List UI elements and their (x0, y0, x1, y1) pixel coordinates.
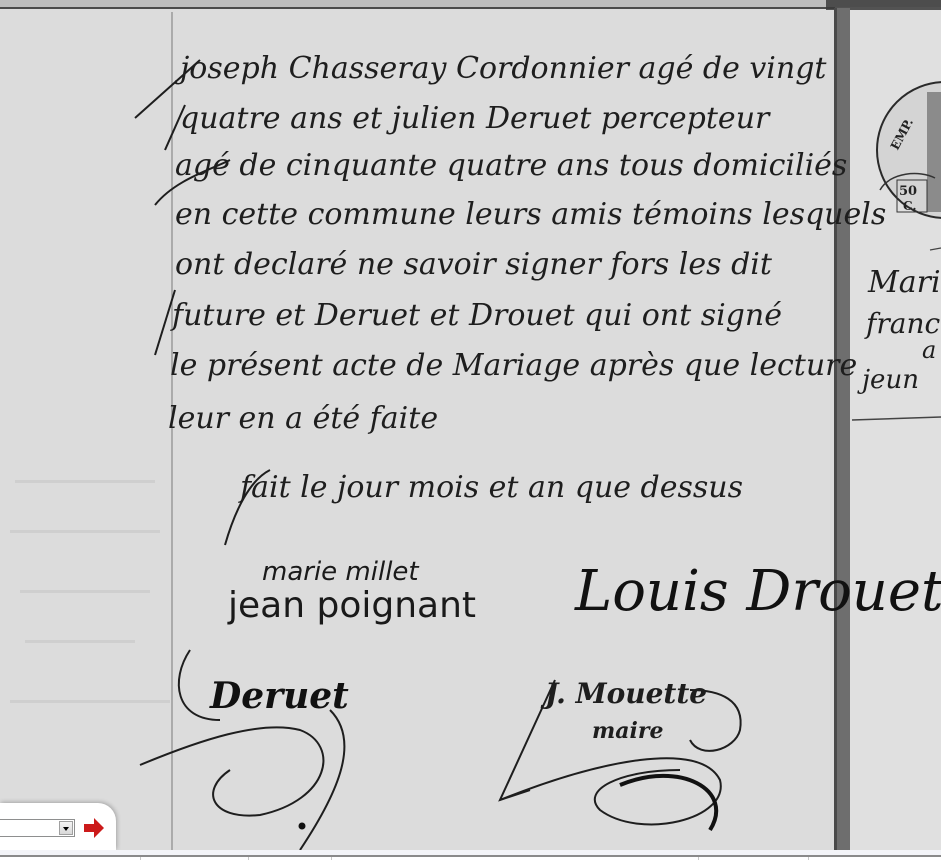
signature-deruet: Deruet (209, 675, 349, 717)
mayor-title: maire (592, 718, 663, 744)
text-line-4: en cette commune leurs amis témoins lesq… (175, 197, 886, 232)
stamp-unit: C. (903, 199, 917, 213)
right-fragment-4: jeun (857, 365, 919, 395)
scanned-register-page: joseph Chasseray Cordonnier agé de vingt… (0, 0, 941, 850)
signature-jean-poignant: jean poignant (227, 585, 476, 626)
status-bar (0, 850, 941, 860)
page-navigation-panel (0, 803, 116, 850)
text-line-6: future et Deruet et Drouet qui ont signé (170, 298, 782, 333)
go-button[interactable] (83, 817, 105, 839)
right-fragment-3: a (922, 336, 936, 364)
document-image-viewer[interactable]: joseph Chasseray Cordonnier agé de vingt… (0, 0, 941, 850)
arrow-right-icon (83, 817, 105, 839)
signature-mayor: J. Mouette (540, 677, 707, 710)
signature-louis-drouet: Louis Drouet (574, 559, 941, 624)
right-fragment-1: Mari (867, 265, 941, 300)
page-select-dropdown[interactable] (0, 819, 75, 837)
text-line-5: ont declaré ne savoir signer fors les di… (175, 247, 773, 282)
signature-marie-millet: marie millet (262, 557, 419, 587)
text-line-9: fait le jour mois et an que dessus (238, 470, 743, 505)
text-line-2: quatre ans et julien Deruet percepteur (180, 101, 771, 136)
text-line-7: le présent acte de Mariage après que lec… (170, 348, 857, 383)
text-line-1: joseph Chasseray Cordonnier agé de vingt (174, 51, 827, 86)
text-line-8: leur en a été faite (168, 401, 438, 436)
chevron-down-icon[interactable] (59, 821, 73, 835)
text-line-3: agé de cinquante quatre ans tous domicil… (175, 148, 847, 183)
stamp-value: 50 (899, 184, 917, 199)
